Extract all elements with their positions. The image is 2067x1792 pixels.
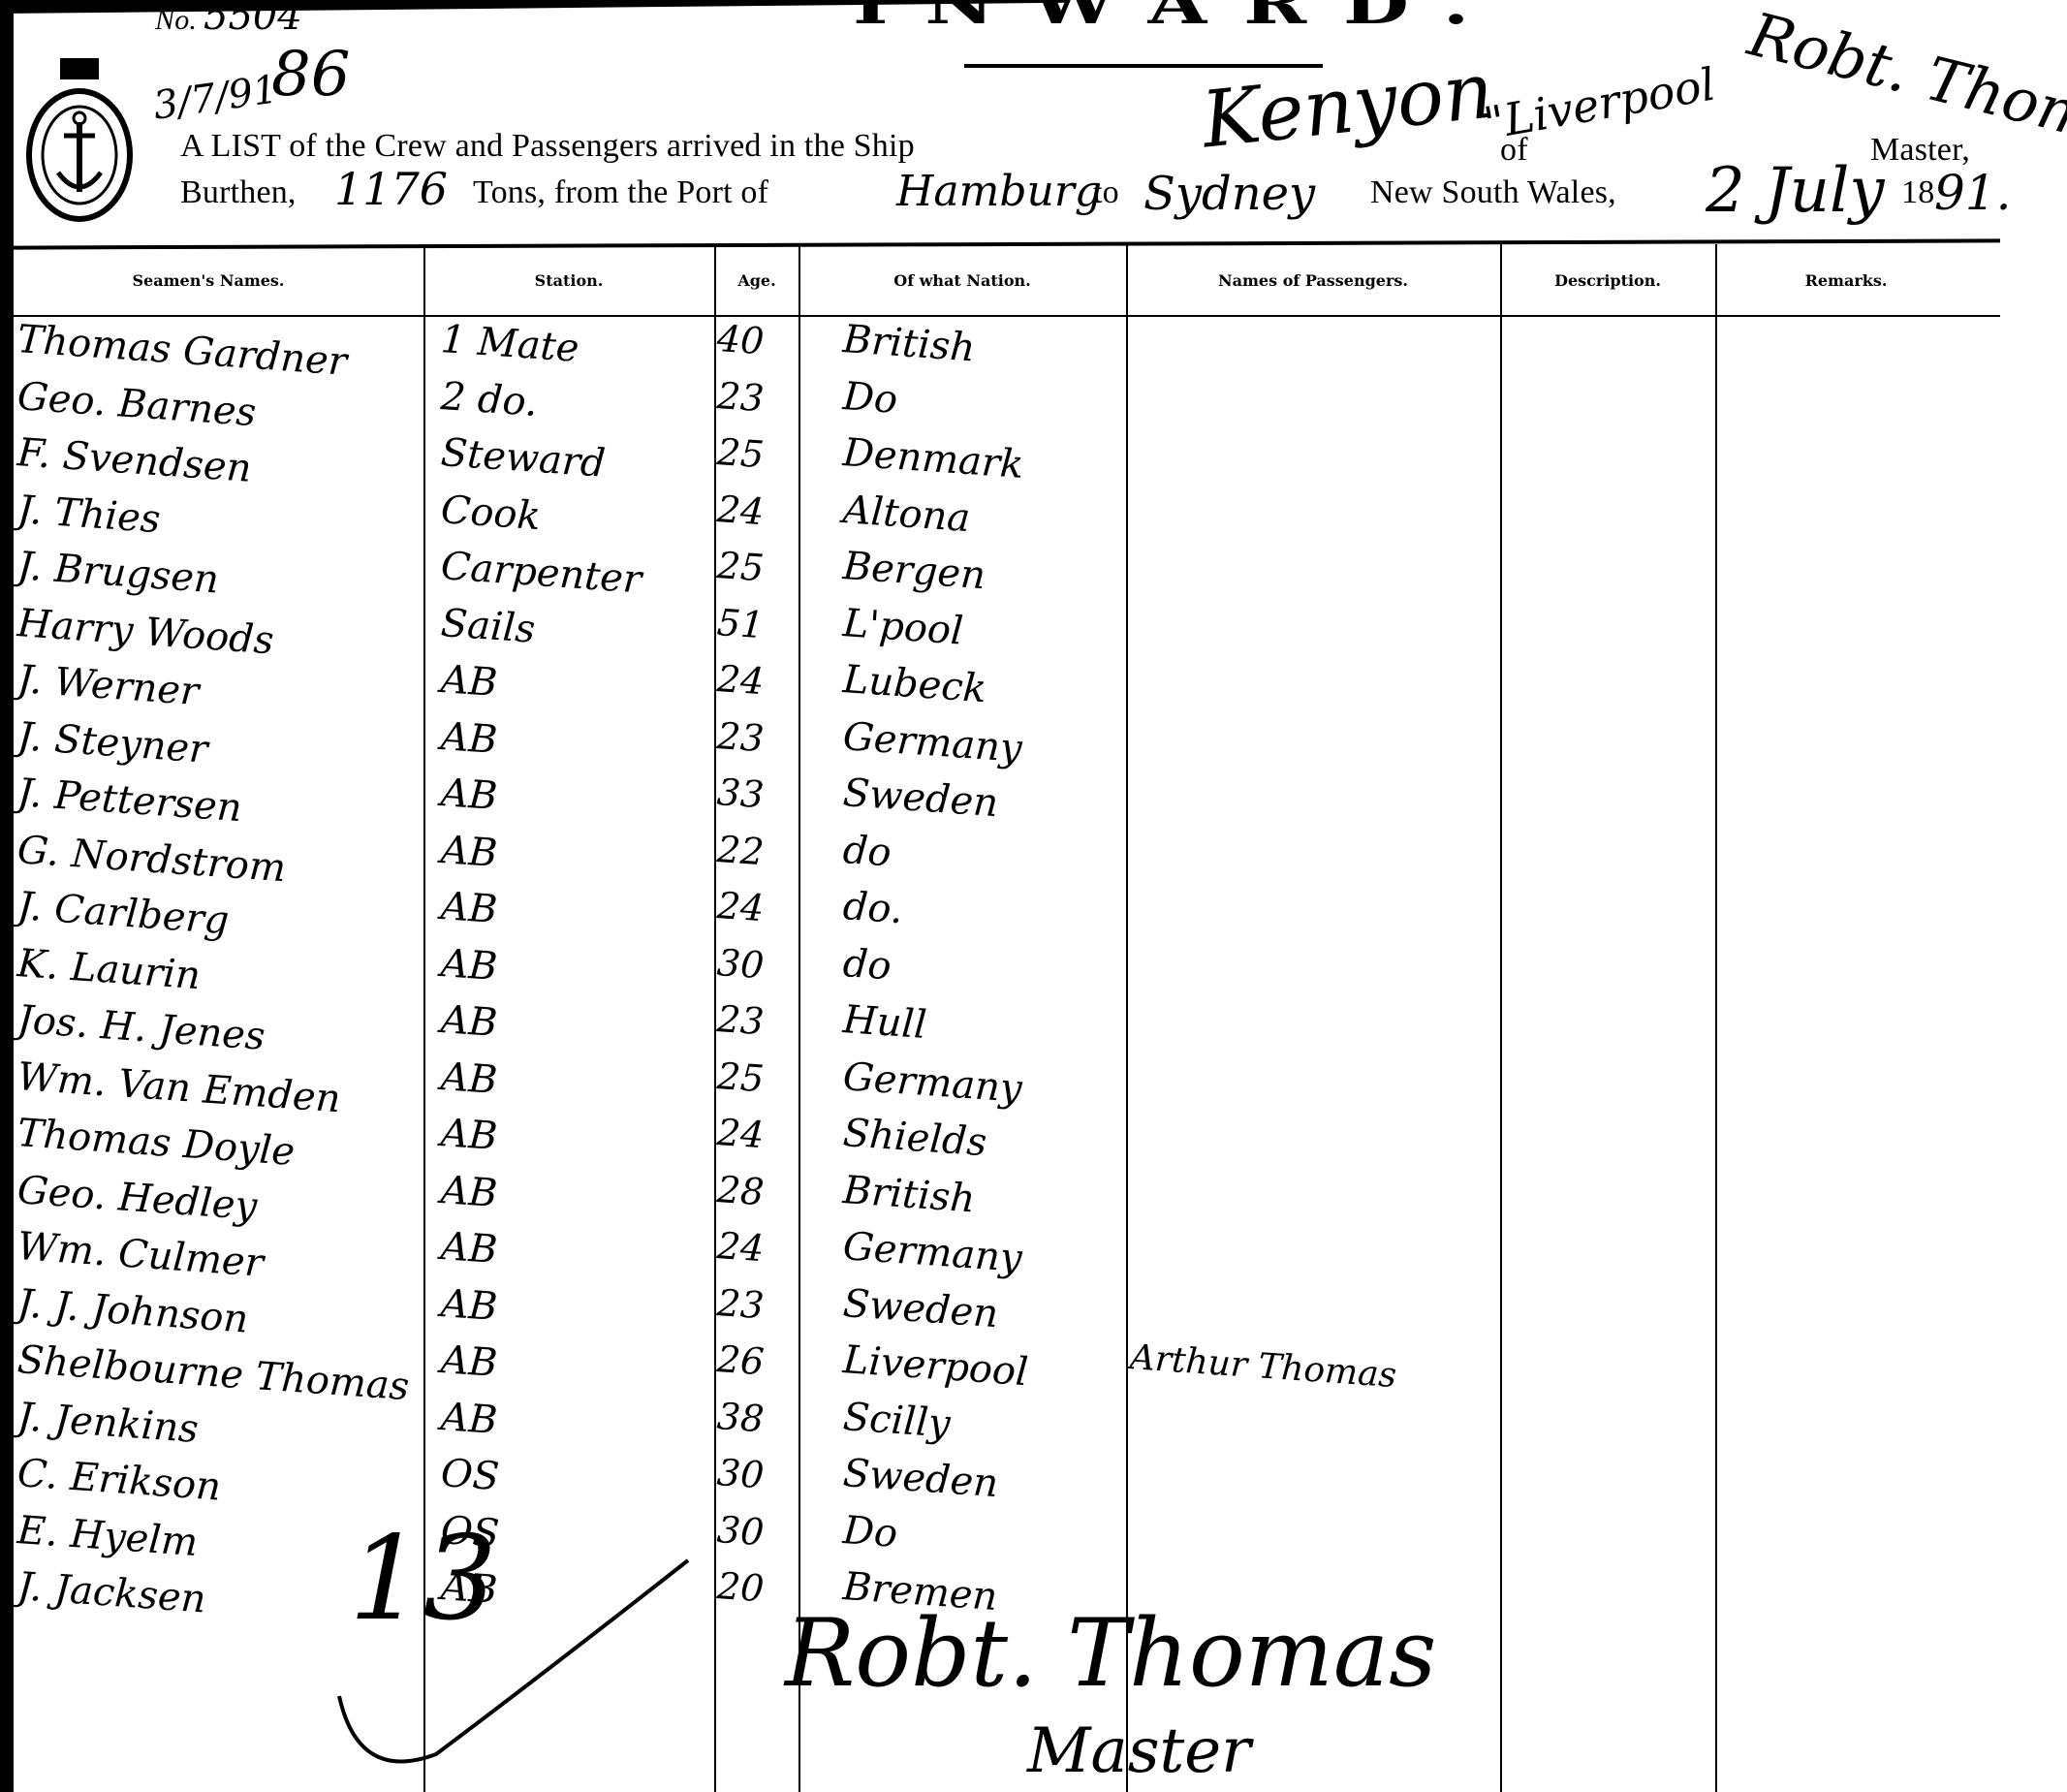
cell-age: 24 [716,660,766,700]
cell-nation: Shields [842,1114,988,1162]
cell-nation: Denmark [842,433,1025,485]
cell-age: 22 [716,831,766,870]
to-port: Sydney [1143,167,1315,221]
cell-name: Jos. H. Jenes [16,1000,266,1056]
cell-name: Wm. Culmer [16,1227,266,1283]
cell-nation: Sweden [842,773,1000,823]
cell-name: Geo. Barnes [16,377,258,432]
cell-name: Wm. Van Emden [16,1057,342,1118]
cell-age: 33 [716,773,766,813]
cell-age: 23 [716,1000,766,1040]
column-header-rule [14,315,2000,317]
cell-nation: Germany [842,1057,1023,1109]
cell-nation: Germany [842,717,1023,769]
cell-age: 25 [716,1057,766,1097]
cell-station: AB [440,1398,499,1440]
cell-name: Geo. Hedley [16,1171,259,1226]
cell-name: K. Laurin [16,944,203,995]
tons-label: Tons, from the Port of [473,174,768,211]
col-header-nation: Of what Nation. [893,271,1030,290]
cell-station: AB [440,1057,499,1100]
cell-age: 40 [716,320,766,360]
cell-nation: Sweden [842,1284,1000,1334]
cell-name: J. Thies [16,490,162,539]
cell-nation: do. [842,887,904,929]
cell-name: E. Hyelm [16,1511,200,1562]
cell-station: AB [440,831,499,873]
cell-station: 2 do. [440,377,539,423]
cell-name: J. J. Johnson [16,1284,250,1339]
master-signature-title: Master [1027,1715,1251,1787]
cell-age: 23 [716,717,766,757]
cell-station: AB [440,944,499,987]
cell-nation: do [842,831,893,872]
from-port: Hamburg [896,167,1102,216]
cell-nation: Liverpool [842,1340,1030,1392]
cell-nation: Altona [842,490,972,538]
cell-passenger: Arthur Thomas [1129,1340,1397,1394]
folio-annotation: 86 [271,39,350,110]
check-mark-stroke [320,1551,727,1783]
cell-name: C. Erikson [16,1454,223,1507]
scan-border-left [0,0,14,1792]
col-header-passengers: Names of Passengers. [1218,271,1408,290]
cell-name: J. Pettersen [16,773,243,828]
master-label: Master, [1870,132,1970,169]
cell-station: AB [440,1000,499,1043]
cell-name: J. Werner [16,660,201,711]
col-header-station: Station. [535,271,604,290]
cell-age: 30 [716,1454,766,1493]
cell-station: AB [440,773,499,816]
cell-age: 25 [716,433,766,473]
cell-nation: L'pool [842,604,965,651]
cell-name: J. Steyner [16,717,209,770]
cell-station: OS [440,1454,501,1496]
arrival-date: 2 July [1706,155,1885,227]
cell-name: Harry Woods [16,604,275,660]
cell-name: J. Brugsen [16,547,220,599]
ship-port: "Liverpool [1480,57,1719,149]
date-annotation: 3/7/91 [150,67,280,128]
cell-nation: British [842,1171,977,1218]
cell-name: J. Carlberg [16,887,231,940]
cell-station: AB [440,717,499,760]
cell-age: 25 [716,547,766,586]
shipping-masters-seal-icon [25,58,134,223]
col-header-seamen-names: Seamen's Names. [133,271,285,290]
cell-age: 30 [716,944,766,984]
cell-nation: British [842,320,977,367]
record-number: 5504 [204,0,302,39]
cell-station: AB [440,1227,499,1270]
cell-age: 23 [716,1284,766,1324]
cell-station: Sails [440,604,537,649]
cell-age: 23 [716,377,766,417]
cell-age: 24 [716,1114,766,1153]
cell-station: AB [440,660,499,703]
cell-age: 30 [716,1511,766,1551]
cell-station: AB [440,1171,499,1213]
cell-station: 1 Mate [440,320,580,368]
cell-name: F. Svendsen [16,433,253,488]
cell-name: J. Jenkins [16,1398,200,1449]
cell-nation: Do [842,377,899,420]
header-line1-prefix: A LIST of the Crew and Passengers arrive… [180,128,915,165]
cell-nation: Hull [842,1000,928,1045]
cell-age: 26 [716,1340,766,1380]
record-number-label: No. [155,4,197,37]
cell-age: 28 [716,1171,766,1210]
column-divider [1500,244,1502,1792]
cell-station: Cook [440,490,543,536]
cell-age: 51 [716,604,766,644]
cell-nation: Do [842,1511,899,1554]
col-header-age: Age. [737,271,775,290]
column-divider [1126,244,1128,1792]
cell-station: AB [440,887,499,929]
destination: New South Wales, [1370,174,1616,211]
cell-age: 24 [716,887,766,927]
year-handwritten: 91. [1934,165,2012,221]
master-signature: Robt. Thomas [785,1599,1436,1708]
header-rule [14,238,2000,249]
col-header-description: Description. [1554,271,1661,290]
cell-station: AB [440,1340,499,1383]
cell-nation: Sweden [842,1454,1000,1503]
page-title: INWARD. [853,0,1506,37]
burthen-label: Burthen, [180,174,297,211]
cell-nation: Bergen [842,547,987,595]
cell-name: J. Jacksen [16,1567,207,1619]
cell-name: Thomas Gardner [16,320,349,382]
cell-age: 38 [716,1398,766,1437]
column-divider [1715,244,1717,1792]
cell-nation: do [842,944,893,986]
cell-nation: Germany [842,1227,1023,1278]
col-header-remarks: Remarks. [1805,271,1888,290]
cell-name: Shelbourne Thomas [16,1340,411,1406]
year-printed: 18 [1901,174,1934,211]
cell-station: AB [440,1284,499,1327]
to-label: to [1093,174,1119,211]
cell-nation: Scilly [842,1398,952,1444]
cell-name: Thomas Doyle [16,1114,297,1172]
burthen-tons: 1176 [334,163,448,215]
cell-nation: Lubeck [842,660,988,708]
column-divider [799,244,800,1792]
cell-station: Steward [440,433,607,484]
cell-age: 24 [716,490,766,530]
cell-station: Carpenter [440,547,643,599]
cell-name: G. Nordstrom [16,831,288,888]
cell-age: 24 [716,1227,766,1267]
cell-station: AB [440,1114,499,1156]
